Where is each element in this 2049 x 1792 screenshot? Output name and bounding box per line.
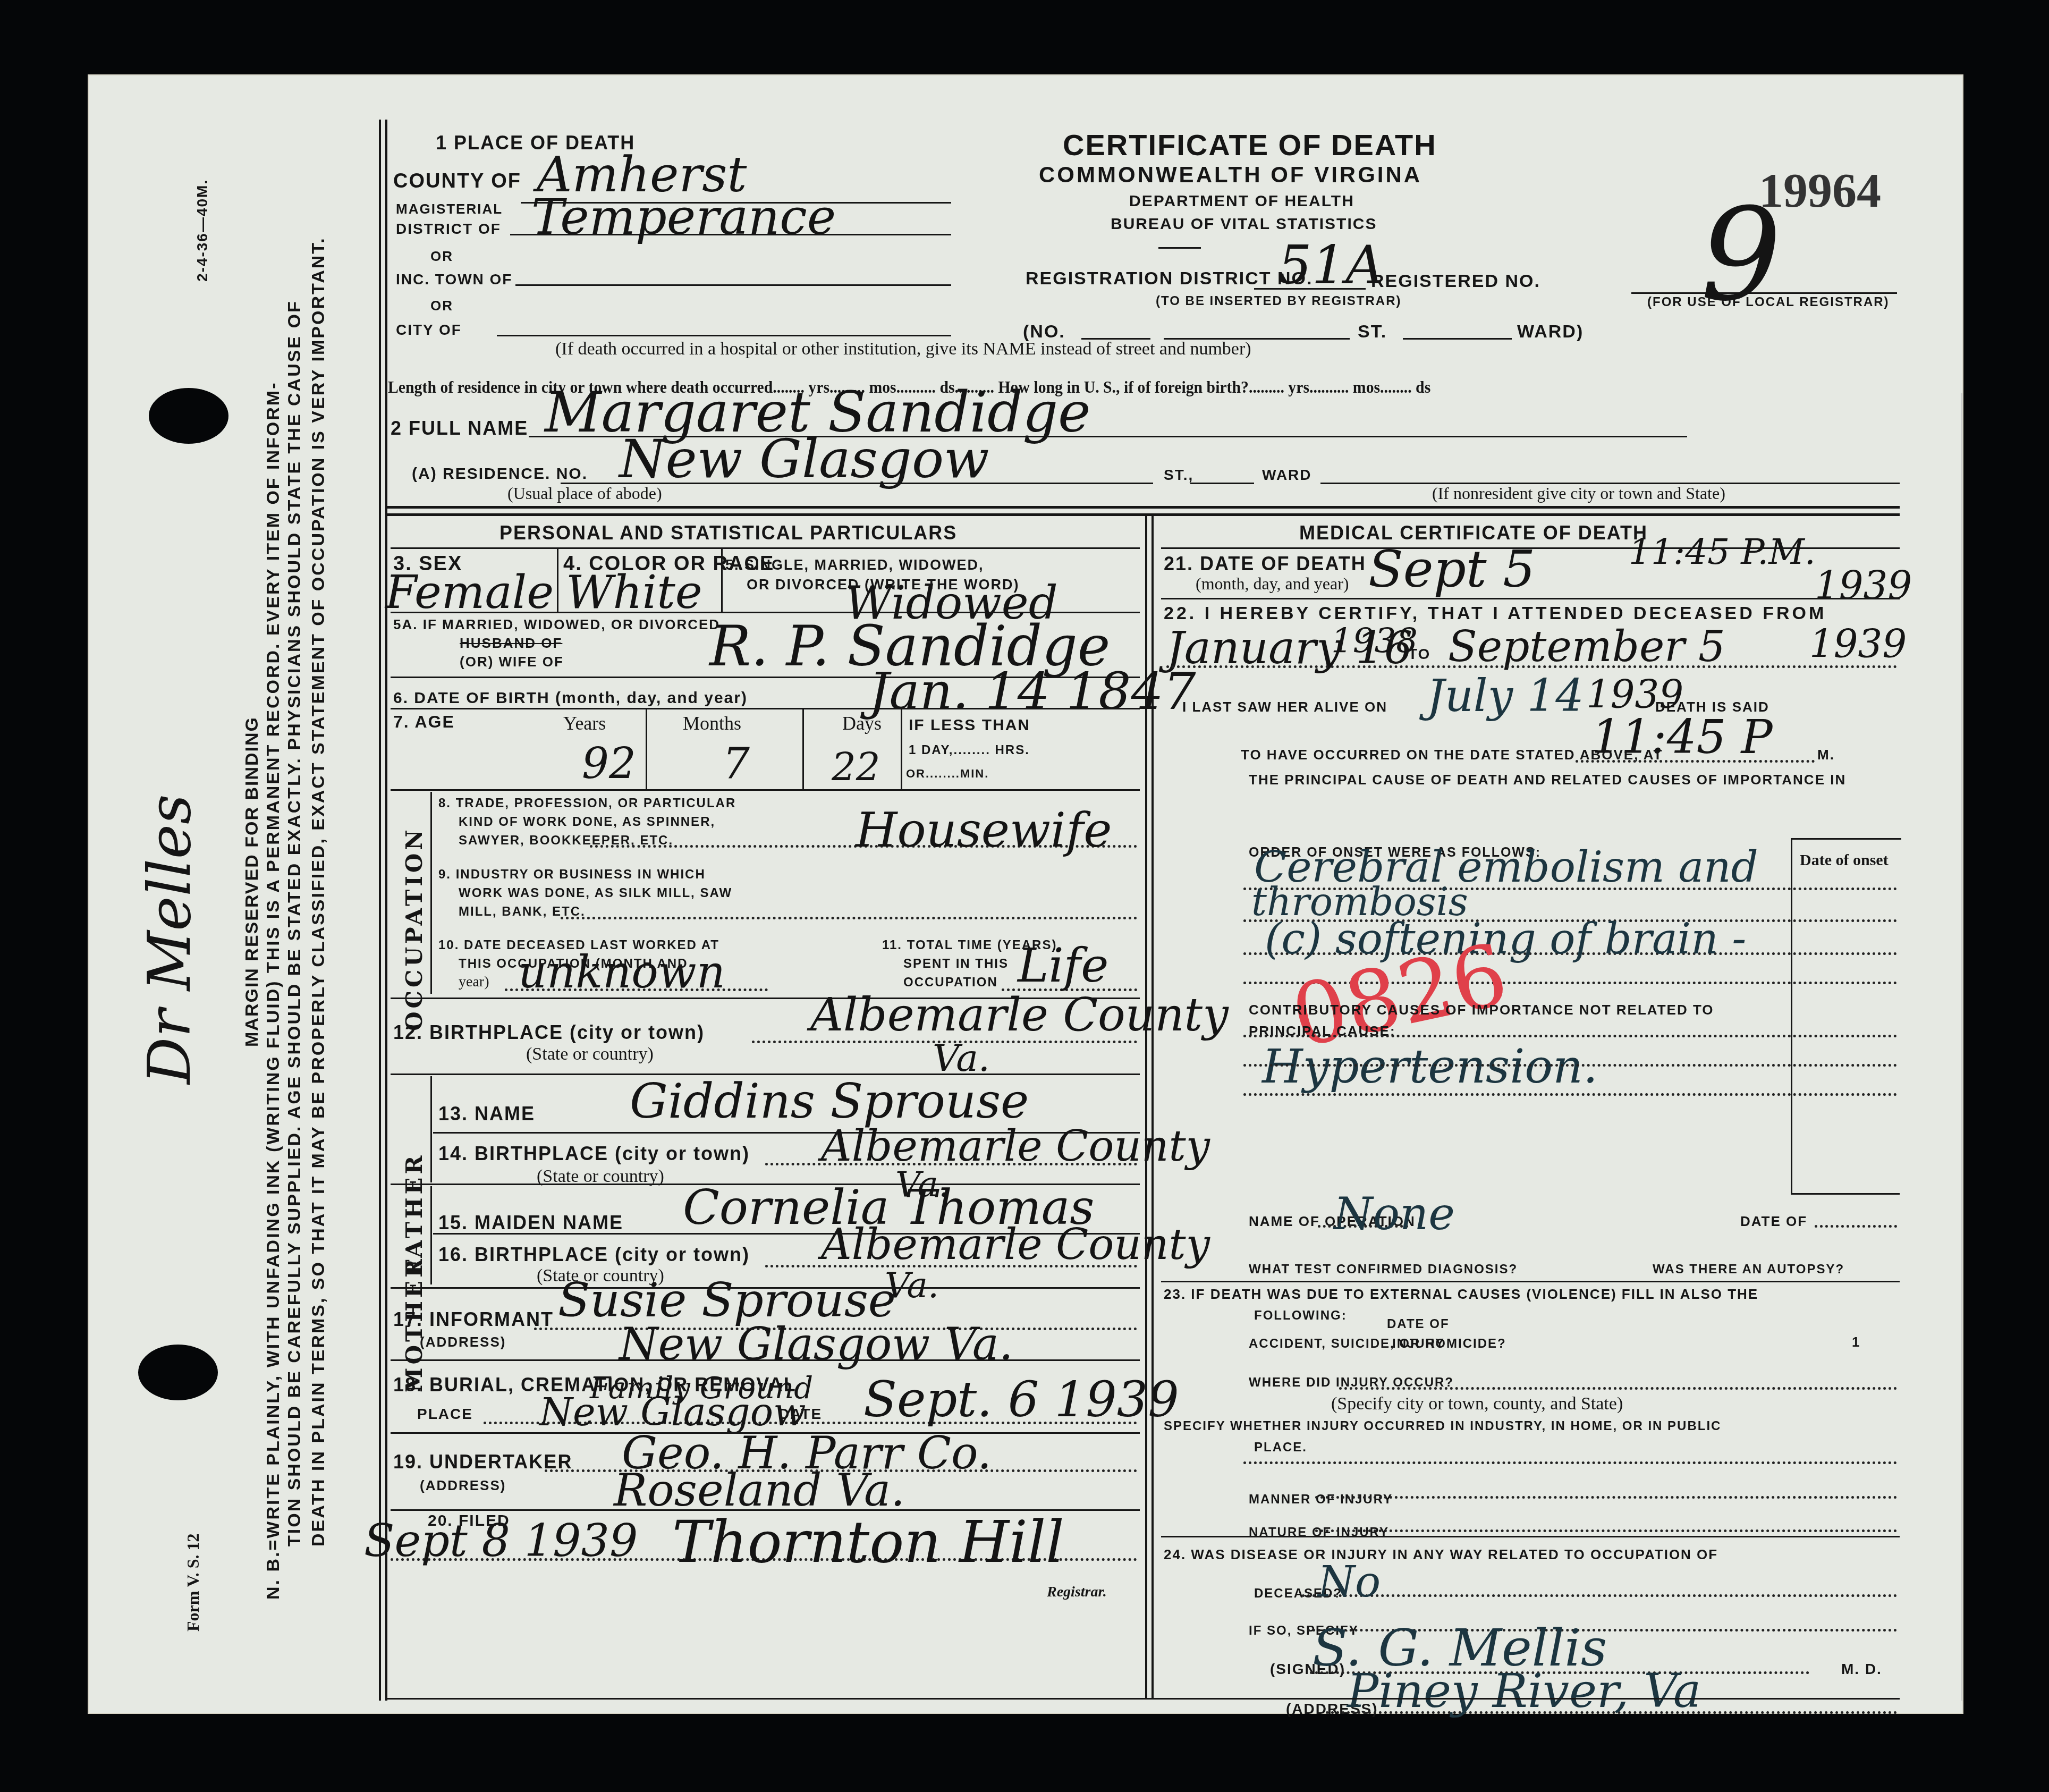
street-st-label: ST. [1358, 322, 1387, 342]
where-note: (Specify city or town, county, and State… [1331, 1394, 1623, 1414]
less-than-1: IF LESS THAN [909, 716, 1030, 734]
attended-to-value[interactable]: September 5 [1448, 622, 1725, 671]
total-time-label-3: OCCUPATION [903, 975, 998, 990]
certificate-subtitle: COMMONWEALTH OF VIRGINA [1039, 162, 1422, 188]
occupation-side-label: OCCUPATION [401, 826, 427, 1031]
specify-dots [1243, 1461, 1897, 1464]
date-of-onset-label: Date of onset [1800, 851, 1889, 869]
residence-note: (Usual place of abode) [507, 484, 662, 503]
age-label: 7. AGE [393, 712, 455, 732]
full-name-label: 2 FULL NAME [391, 417, 528, 439]
occurred-time[interactable]: 11:45 P [1591, 709, 1773, 764]
row-rule-1 [391, 612, 1140, 613]
last-saw-value[interactable]: July 14 [1427, 670, 1584, 722]
ward-line [1403, 338, 1512, 340]
physician-address-value[interactable]: Piney River, Va [1347, 1663, 1701, 1718]
date-of-label: DATE OF [1387, 1317, 1450, 1332]
row-rule-9 [391, 1359, 1140, 1361]
undertaker-address-label: (ADDRESS) [420, 1477, 506, 1494]
frame-left-inner [385, 120, 387, 1701]
to-label: TO [1408, 646, 1430, 663]
date-of-death-year[interactable]: 1939 [1815, 563, 1912, 608]
last-worked-label-3: year) [459, 974, 489, 991]
spouse-label-3: (OR) WIFE OF [460, 654, 564, 670]
less-than-2: 1 DAY,........ HRS. [909, 743, 1030, 758]
dob-value[interactable]: Jan. 14 1847 [869, 662, 1196, 721]
marital-label-1: 5. SINGLE, MARRIED, WIDOWED, [725, 557, 984, 573]
test-label: WHAT TEST CONFIRMED DIAGNOSIS? [1249, 1262, 1518, 1277]
date-of-death-sub: (month, day, and year) [1196, 574, 1349, 594]
years-divider [646, 709, 647, 789]
specify-label-1: SPECIFY WHETHER INJURY OCCURRED IN INDUS… [1164, 1419, 1721, 1434]
bureau: BUREAU OF VITAL STATISTICS [1111, 215, 1377, 233]
residence-value[interactable]: New Glasgow [619, 428, 989, 490]
registrar-label: Registrar. [1047, 1584, 1107, 1601]
days-divider [901, 709, 902, 789]
father-birthplace-city-value[interactable]: Albemarle County [821, 1121, 1210, 1171]
or-label-2: OR [430, 298, 453, 314]
residence-ward-label: WARD [1262, 467, 1312, 484]
row-rule-4 [391, 789, 1140, 791]
industry-label-1: 9. INDUSTRY OR BUSINESS IN WHICH [438, 867, 706, 882]
attended-dots [1166, 665, 1897, 668]
magisterial-label: MAGISTERIAL [396, 201, 503, 217]
registered-no-label: REGISTERED No. [1371, 271, 1540, 292]
years-label: Years [563, 712, 606, 734]
instructions-line-1: N. B.=WRITE PLAINLY, WITH UNFADING INK (… [263, 382, 284, 1600]
registration-district-note: (TO BE INSERTED BY REGISTRAR) [1156, 294, 1401, 309]
attended-to-year[interactable]: 1939 [1809, 622, 1907, 666]
filed-date-value[interactable]: Sept 8 1939 [364, 1515, 638, 1567]
birthplace-sub: (State or country) [526, 1044, 654, 1064]
contributory-label-1: CONTRIBUTORY CAUSES OF IMPORTANCE NOT RE… [1249, 1002, 1714, 1018]
row-rule-r1 [1161, 598, 1900, 599]
undertaker-address-value[interactable]: Roseland Va. [614, 1464, 905, 1516]
manner-label: MANNER OF INJURY [1249, 1492, 1393, 1507]
injury-year-prefix: 1 [1852, 1334, 1860, 1350]
where-dots [1339, 1387, 1897, 1390]
cause-line-3[interactable]: (c) softening of brain - [1265, 914, 1746, 963]
nature-label: NATURE OF INJURY [1249, 1525, 1389, 1540]
bottom-rule-1 [385, 1698, 1900, 1700]
title-rule [1158, 247, 1201, 249]
sex-value[interactable]: Female [385, 566, 554, 619]
total-time-value[interactable]: Life [1018, 938, 1108, 993]
registrar-signature[interactable]: Thornton Hill [672, 1509, 1064, 1576]
father-birthplace-label: 14. BIRTHPLACE (city or town) [438, 1143, 750, 1165]
instructions-line-2: TION SHOULD BE CAREFULLY SUPPLIED. AGE S… [284, 300, 305, 1546]
informant-label: 17. INFORMANT [393, 1308, 554, 1331]
form-number: Form V. S. 12 [183, 1533, 203, 1632]
last-saw-label: I LAST SAW her ALIVE ON [1182, 699, 1387, 715]
district-label: DISTRICT OF [396, 221, 501, 238]
dob-label: 6. DATE OF BIRTH (month, day, and year) [393, 689, 748, 707]
attended-from-year[interactable]: 1938 [1331, 622, 1418, 661]
personal-heading: PERSONAL AND STATISTICAL PARTICULARS [499, 522, 957, 544]
industry-label-2: WORK WAS DONE, AS SILK MILL, SAW [459, 886, 732, 901]
mother-maiden-label: 15. MAIDEN NAME [438, 1212, 623, 1234]
section-divider-top-1 [385, 506, 1900, 509]
hospital-note: (If death occurred in a hospital or othe… [555, 339, 1251, 359]
burial-date-value[interactable]: Sept. 6 1939 [863, 1371, 1179, 1428]
ward-label: WARD) [1517, 322, 1584, 342]
months-value[interactable]: 7 [723, 739, 750, 788]
operation-date-dots [1815, 1225, 1897, 1228]
city-line [497, 335, 951, 336]
row-rule-3 [391, 708, 1140, 709]
months-divider [802, 709, 804, 789]
burial-place-label: PLACE [417, 1406, 473, 1423]
occupation-related-value[interactable]: No [1318, 1557, 1381, 1607]
occupation-side-divider [430, 792, 432, 994]
trade-label-1: 8. TRADE, PROFESSION, OR PARTICULAR [438, 796, 736, 811]
m-label: M. [1817, 747, 1835, 763]
city-label: CITY OF [396, 322, 462, 339]
onset-box-bottom [1791, 1193, 1900, 1195]
registration-district-value[interactable]: 51A [1278, 234, 1384, 296]
years-value[interactable]: 92 [582, 739, 636, 788]
registration-district-label: REGISTRATION DISTRICT No. [1026, 268, 1313, 289]
race-divider [721, 549, 723, 612]
months-label: Months [683, 712, 741, 734]
informant-address-label: (ADDRESS) [420, 1334, 506, 1350]
father-name-label: 13. NAME [438, 1103, 535, 1125]
accident-label: ACCIDENT, SUICIDE, OR HOMICIDE? [1249, 1337, 1506, 1351]
burial-date-label: DATE [778, 1406, 822, 1423]
mother-side-divider [430, 1186, 432, 1284]
md-label: M. D. [1841, 1661, 1882, 1678]
occupation-related-dots [1302, 1594, 1897, 1597]
days-value[interactable]: 22 [832, 745, 880, 790]
personal-rule [391, 547, 1140, 549]
operation-value[interactable]: None [1334, 1188, 1455, 1240]
residence-st-line [1190, 483, 1254, 484]
frame-right [1961, 393, 1962, 1701]
town-line [515, 284, 951, 286]
contributory-dots-1 [1243, 1035, 1897, 1037]
certificate-title: CERTIFICATE OF DEATH [1063, 128, 1437, 162]
section-divider-top-2 [385, 513, 1900, 516]
registered-no-note: (FOR USE OF LOCAL REGISTRAR) [1647, 295, 1890, 310]
external-label-2: FOLLOWING: [1254, 1308, 1347, 1323]
row-rule-r3 [1161, 1536, 1900, 1537]
district-value[interactable]: Temperance [531, 189, 836, 246]
spouse-label-2: HUSBAND OF [460, 635, 562, 652]
race-value[interactable]: White [566, 566, 702, 619]
nature-dots [1315, 1529, 1897, 1532]
onset-box-top [1791, 838, 1901, 840]
external-label-1: 23. IF DEATH WAS DUE TO EXTERNAL CAUSES … [1164, 1286, 1758, 1303]
principal-label-1: THE PRINCIPAL CAUSE OF DEATH AND RELATED… [1249, 772, 1846, 788]
total-time-label-2: SPENT IN THIS [903, 957, 1009, 971]
margin-handwritten-note: Dr Melles [136, 794, 204, 1084]
informant-address-value[interactable]: New Glasgow Va. [619, 1318, 1013, 1370]
operation-date-label: DATE OF [1740, 1213, 1807, 1230]
last-worked-value[interactable]: unknown [518, 946, 725, 998]
birthplace-label: 12. BIRTHPLACE (city or town) [393, 1021, 705, 1044]
or-label-1: OR [430, 248, 453, 265]
town-label: INC. TOWN OF [396, 271, 512, 288]
days-label: Days [842, 712, 882, 734]
trade-value[interactable]: Housewife [856, 802, 1112, 858]
father-side-divider [430, 1076, 432, 1182]
instructions-line-3: DEATH IN PLAIN TERMS, SO THAT IT MAY BE … [308, 236, 329, 1546]
mother-birthplace-label: 16. BIRTHPLACE (city or town) [438, 1244, 750, 1266]
specify-label-2: PLACE. [1254, 1440, 1307, 1455]
form-code: 2-4-36—40M. [194, 179, 211, 282]
frame-left [379, 120, 381, 1701]
nonresident-note: (If nonresident give city or town and St… [1432, 484, 1725, 503]
county-label: COUNTY OF [393, 170, 521, 193]
date-of-death-value[interactable]: Sept 5 [1368, 539, 1535, 599]
contributory-dots-3 [1243, 1093, 1897, 1096]
row-rule-r2 [1161, 1281, 1900, 1282]
autopsy-label: WAS THERE AN AUTOPSY? [1653, 1262, 1844, 1277]
mother-birthplace-city-value[interactable]: Albemarle County [821, 1220, 1210, 1269]
spouse-label-1: 5A. IF MARRIED, WIDOWED, OR DIVORCED [393, 616, 720, 633]
binding-hole-top [149, 388, 228, 444]
residence-label: (A) RESIDENCE. No. [412, 465, 588, 483]
less-than-3: OR........MIN. [906, 767, 989, 781]
sex-divider [557, 549, 558, 612]
injury-label: INJURY [1392, 1337, 1445, 1351]
occupation-related-label-1: 24. WAS DISEASE OR INJURY IN ANY WAY REL… [1164, 1546, 1718, 1563]
onset-box-left [1791, 838, 1792, 1194]
binding-note: MARGIN RESERVED FOR BINDING [242, 716, 263, 1047]
manner-dots [1315, 1496, 1897, 1499]
residence-st-label: ST., [1164, 467, 1193, 484]
contributory-dots-2 [1243, 1064, 1897, 1067]
birthplace-city-value[interactable]: Albemarle County [810, 988, 1229, 1042]
department: DEPARTMENT OF HEALTH [1129, 192, 1354, 210]
industry-dots [561, 917, 1137, 919]
certificate-paper: 2-4-36—40M. MARGIN RESERVED FOR BINDING … [88, 74, 1963, 1714]
certify-label: 22. I HEREBY CERTIFY, THAT I ATTENDED DE… [1164, 603, 1826, 624]
date-of-death-time[interactable]: 11:45 P.M. [1629, 531, 1816, 572]
trade-label-2: KIND OF WORK DONE, AS SPINNER, [459, 815, 715, 830]
date-of-death-label: 21. DATE OF DEATH [1164, 553, 1366, 575]
binding-hole-bottom [138, 1345, 218, 1400]
